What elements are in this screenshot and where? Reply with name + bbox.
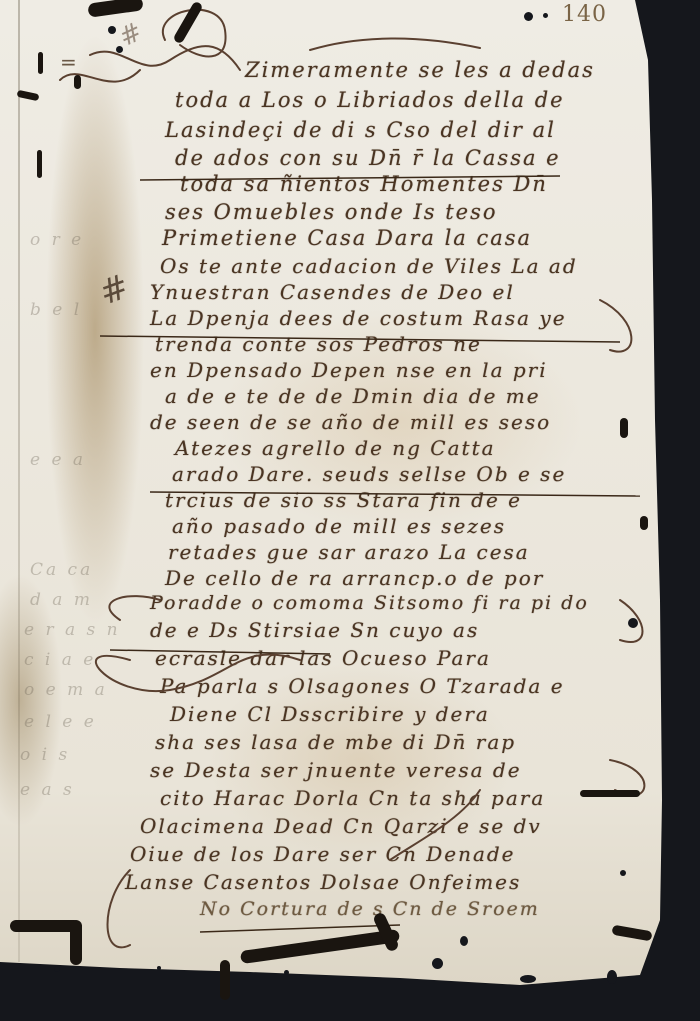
wormhole <box>284 970 289 975</box>
wormhole <box>157 966 161 970</box>
ink-blot <box>70 920 82 965</box>
wormhole <box>520 975 536 983</box>
wormhole <box>432 958 443 969</box>
ink-blot <box>74 75 81 89</box>
wormhole <box>54 966 60 972</box>
wormhole <box>543 13 548 18</box>
wormhole <box>607 970 617 984</box>
pen-flourishes <box>0 0 700 1021</box>
ink-blot <box>620 418 628 438</box>
wormhole <box>628 618 638 628</box>
ink-blot <box>37 150 42 178</box>
ink-blot <box>640 516 648 530</box>
wormhole <box>524 12 533 21</box>
wormhole <box>108 26 116 34</box>
ink-blot <box>220 960 230 1000</box>
ink-blot <box>580 790 640 797</box>
wormhole <box>460 936 468 946</box>
wormhole <box>620 870 626 876</box>
wormhole <box>116 46 123 53</box>
ink-blot <box>38 52 43 74</box>
